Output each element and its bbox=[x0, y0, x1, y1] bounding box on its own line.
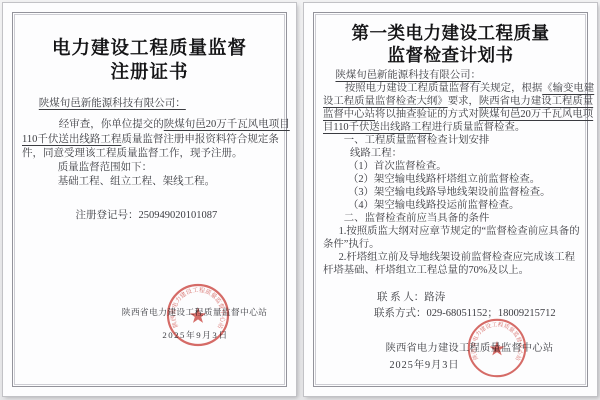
text-line: 按照电力建设工程质量监督有关规定，根据《输变电建 bbox=[323, 82, 575, 95]
text-segment: 二、监督检查前应当具备的条件 bbox=[344, 213, 489, 224]
right-doc-issuer: 陕西省电力建设工程质量监督中心站 bbox=[323, 339, 600, 354]
contact-person: 联 系 人：路涛 bbox=[374, 290, 556, 306]
text-segment: 注册登记号：250949020101087 bbox=[76, 210, 218, 221]
text-line: 陕煤旬邑新能源科技有限公司： bbox=[323, 69, 575, 82]
right-doc-title-line2: 监督检查计划书 bbox=[304, 44, 597, 66]
contact-phone: 联系方式：029-68051152；18009215712 bbox=[374, 306, 556, 322]
text-line: 设工程质量监督检查大纲》要求，陕西省电力建设工程质量 bbox=[323, 95, 575, 108]
underlined-text: 陕煤旬邑20万千瓦风电项 bbox=[479, 109, 593, 120]
text-line: 一、工程质量监督检查计划安排 bbox=[323, 134, 575, 147]
text-line: 陕煤旬邑新能源科技有限公司： bbox=[22, 97, 278, 111]
underlined-text: 陕煤旬邑新能源科技有限公司： bbox=[335, 70, 480, 81]
text-line: 1.按照质监大纲对应章节规定的“监督检查前应具备的 bbox=[323, 225, 575, 238]
text-segment: （3）架空输电线路导地线架设前监督检查。 bbox=[348, 187, 551, 198]
underlined-text: 陕西省电力建设工程质量 bbox=[479, 96, 593, 107]
text-segment: 条件”执行。 bbox=[323, 239, 380, 250]
underlined-text: 设工程质量监督检查大纲》 bbox=[323, 96, 448, 107]
text-segment: 进行质量监督检查。 bbox=[432, 122, 526, 133]
text-line: （1）首次监督检查。 bbox=[323, 160, 575, 173]
text-segment: 按照电力建设工程质量监督有关规定，根据 bbox=[345, 83, 542, 94]
text-line: 杆塔基础、杆塔组立工程总量的70%及以上。 bbox=[323, 264, 575, 277]
underlined-text: 陕煤旬邑新能源科技有限公司： bbox=[39, 98, 186, 109]
left-doc-body: 陕煤旬邑新能源科技有限公司：经审查，你单位提交的陕煤旬邑20万千瓦风电项目110… bbox=[22, 97, 278, 223]
right-doc-title-line1: 第一类电力建设工程质量 bbox=[304, 22, 597, 44]
text-segment: （2）架空输电线路杆塔组立前监督检查。 bbox=[348, 174, 540, 185]
official-seal-stamp-icon: 陕西省电力建设工程质量监督中心站 bbox=[165, 282, 231, 348]
star-icon bbox=[190, 308, 206, 323]
star-icon bbox=[489, 341, 504, 355]
text-segment: 杆塔基础、杆塔组立工程总量的70%及以上。 bbox=[323, 265, 529, 276]
text-segment: 2.杆塔组立前及导地线架设前监督检查应完成该工程 bbox=[339, 252, 575, 263]
registration-certificate-page: 电力建设工程质量监督 注册证书 陕煤旬邑新能源科技有限公司：经审查，你单位提交的… bbox=[3, 3, 296, 396]
inspection-plan-page: 第一类电力建设工程质量 监督检查计划书 陕煤旬邑新能源科技有限公司：按照电力建设… bbox=[304, 3, 597, 396]
underlined-text: 《输变电建 bbox=[542, 83, 594, 94]
text-line: 2.杆塔组立前及导地线架设前监督检查应完成该工程 bbox=[323, 251, 575, 264]
text-line: 110千伏送出线路工程质量监督注册申报资料符合规定条 bbox=[22, 133, 278, 147]
text-segment: 件，同意受理该工程质量监督工作，现予注册。 bbox=[22, 148, 243, 159]
text-segment: （4）架空输电线路投运前监督检查。 bbox=[348, 200, 519, 211]
right-doc-title: 第一类电力建设工程质量 监督检查计划书 bbox=[304, 22, 597, 66]
text-line: 线路工程： bbox=[323, 147, 575, 160]
underlined-text: 目110千伏送出线路工程 bbox=[323, 122, 432, 133]
left-doc-title: 电力建设工程质量监督 注册证书 bbox=[3, 36, 296, 84]
scanned-documents: 电力建设工程质量监督 注册证书 陕煤旬邑新能源科技有限公司：经审查，你单位提交的… bbox=[0, 0, 600, 400]
text-line: 件，同意受理该工程质量监督工作，现予注册。 bbox=[22, 147, 278, 161]
contact-block: 联 系 人：路涛 联系方式：029-68051152；18009215712 bbox=[374, 290, 556, 321]
text-segment: 要求， bbox=[448, 96, 479, 107]
text-segment: 将以抽查验证的方式对 bbox=[375, 109, 479, 120]
text-line: （4）架空输电线路投运前监督检查。 bbox=[323, 199, 575, 212]
text-line: 条件”执行。 bbox=[323, 238, 575, 251]
text-line: 经审查，你单位提交的陕煤旬邑20万千瓦风电项目 bbox=[22, 118, 278, 132]
text-segment: 1.按照质监大纲对应章节规定的“监督检查前应具备的 bbox=[339, 226, 580, 237]
text-line: 监督中心站将以抽查验证的方式对陕煤旬邑20万千瓦风电项 bbox=[323, 108, 575, 121]
left-doc-title-line1: 电力建设工程质量监督 bbox=[3, 36, 296, 60]
text-segment: 线路工程： bbox=[350, 148, 402, 159]
text-line: （2）架空输电线路杆塔组立前监督检查。 bbox=[323, 173, 575, 186]
left-doc-title-line2: 注册证书 bbox=[3, 60, 296, 84]
text-segment: 经审查，你单位提交的 bbox=[59, 119, 164, 130]
underlined-text: 110千伏送出线路工程 bbox=[22, 134, 121, 145]
text-line: 目110千伏送出线路工程进行质量监督检查。 bbox=[323, 121, 575, 134]
text-line: （3）架空输电线路导地线架设前监督检查。 bbox=[323, 186, 575, 199]
text-line: 基础工程、组立工程、架线工程。 bbox=[22, 175, 278, 189]
text-segment: 质量监督范围如下： bbox=[58, 162, 153, 173]
text-line: 质量监督范围如下： bbox=[22, 161, 278, 175]
text-segment: （1）首次监督检查。 bbox=[348, 161, 447, 172]
official-seal-stamp-icon: 陕西省电力建设工程质量监督中心站 bbox=[466, 317, 528, 379]
underlined-text: 监督中心站 bbox=[323, 109, 375, 120]
underlined-text: 陕煤旬邑20万千瓦风电项目 bbox=[164, 119, 290, 130]
text-segment: 一、工程质量监督检查计划安排 bbox=[344, 135, 489, 146]
text-segment: 质量监督注册申报资料符合规定条 bbox=[121, 134, 279, 145]
text-line: 二、监督检查前应当具备的条件 bbox=[323, 212, 575, 225]
text-line: 注册登记号：250949020101087 bbox=[22, 209, 278, 223]
text-segment: 基础工程、组立工程、架线工程。 bbox=[58, 176, 216, 187]
right-doc-body: 陕煤旬邑新能源科技有限公司：按照电力建设工程质量监督有关规定，根据《输变电建设工… bbox=[323, 69, 575, 277]
